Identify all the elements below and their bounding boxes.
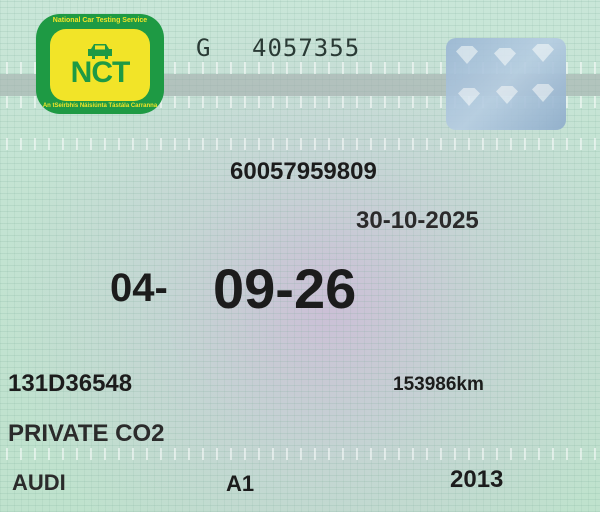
expiry-month-day: 04- (110, 266, 168, 311)
registration-number: 131D36548 (8, 370, 132, 398)
nct-logo: National Car Testing Service NCT An tSei… (36, 14, 164, 114)
logo-acronym: NCT (36, 56, 164, 90)
logo-top-text: National Car Testing Service (36, 17, 164, 24)
vehicle-class: PRIVATE CO2 (8, 420, 164, 448)
decorative-zigzag (0, 448, 600, 460)
expiry-date: 09-26 (213, 256, 356, 321)
odometer-reading: 153986km (393, 374, 484, 396)
certificate-number: 60057959809 (230, 158, 377, 186)
serial-prefix: G (196, 34, 210, 62)
serial-number: 4057355 (252, 34, 360, 62)
vehicle-model: A1 (226, 471, 254, 497)
vehicle-year: 2013 (450, 466, 503, 494)
decorative-zigzag (0, 138, 600, 150)
test-date: 30-10-2025 (356, 207, 479, 235)
nct-disc: National Car Testing Service NCT An tSei… (0, 0, 600, 512)
diamond-hologram-icon (446, 38, 566, 130)
vehicle-make: AUDI (12, 470, 66, 496)
logo-bottom-text: An tSeirbhís Náisiúnta Tástála Carranna (36, 103, 164, 109)
